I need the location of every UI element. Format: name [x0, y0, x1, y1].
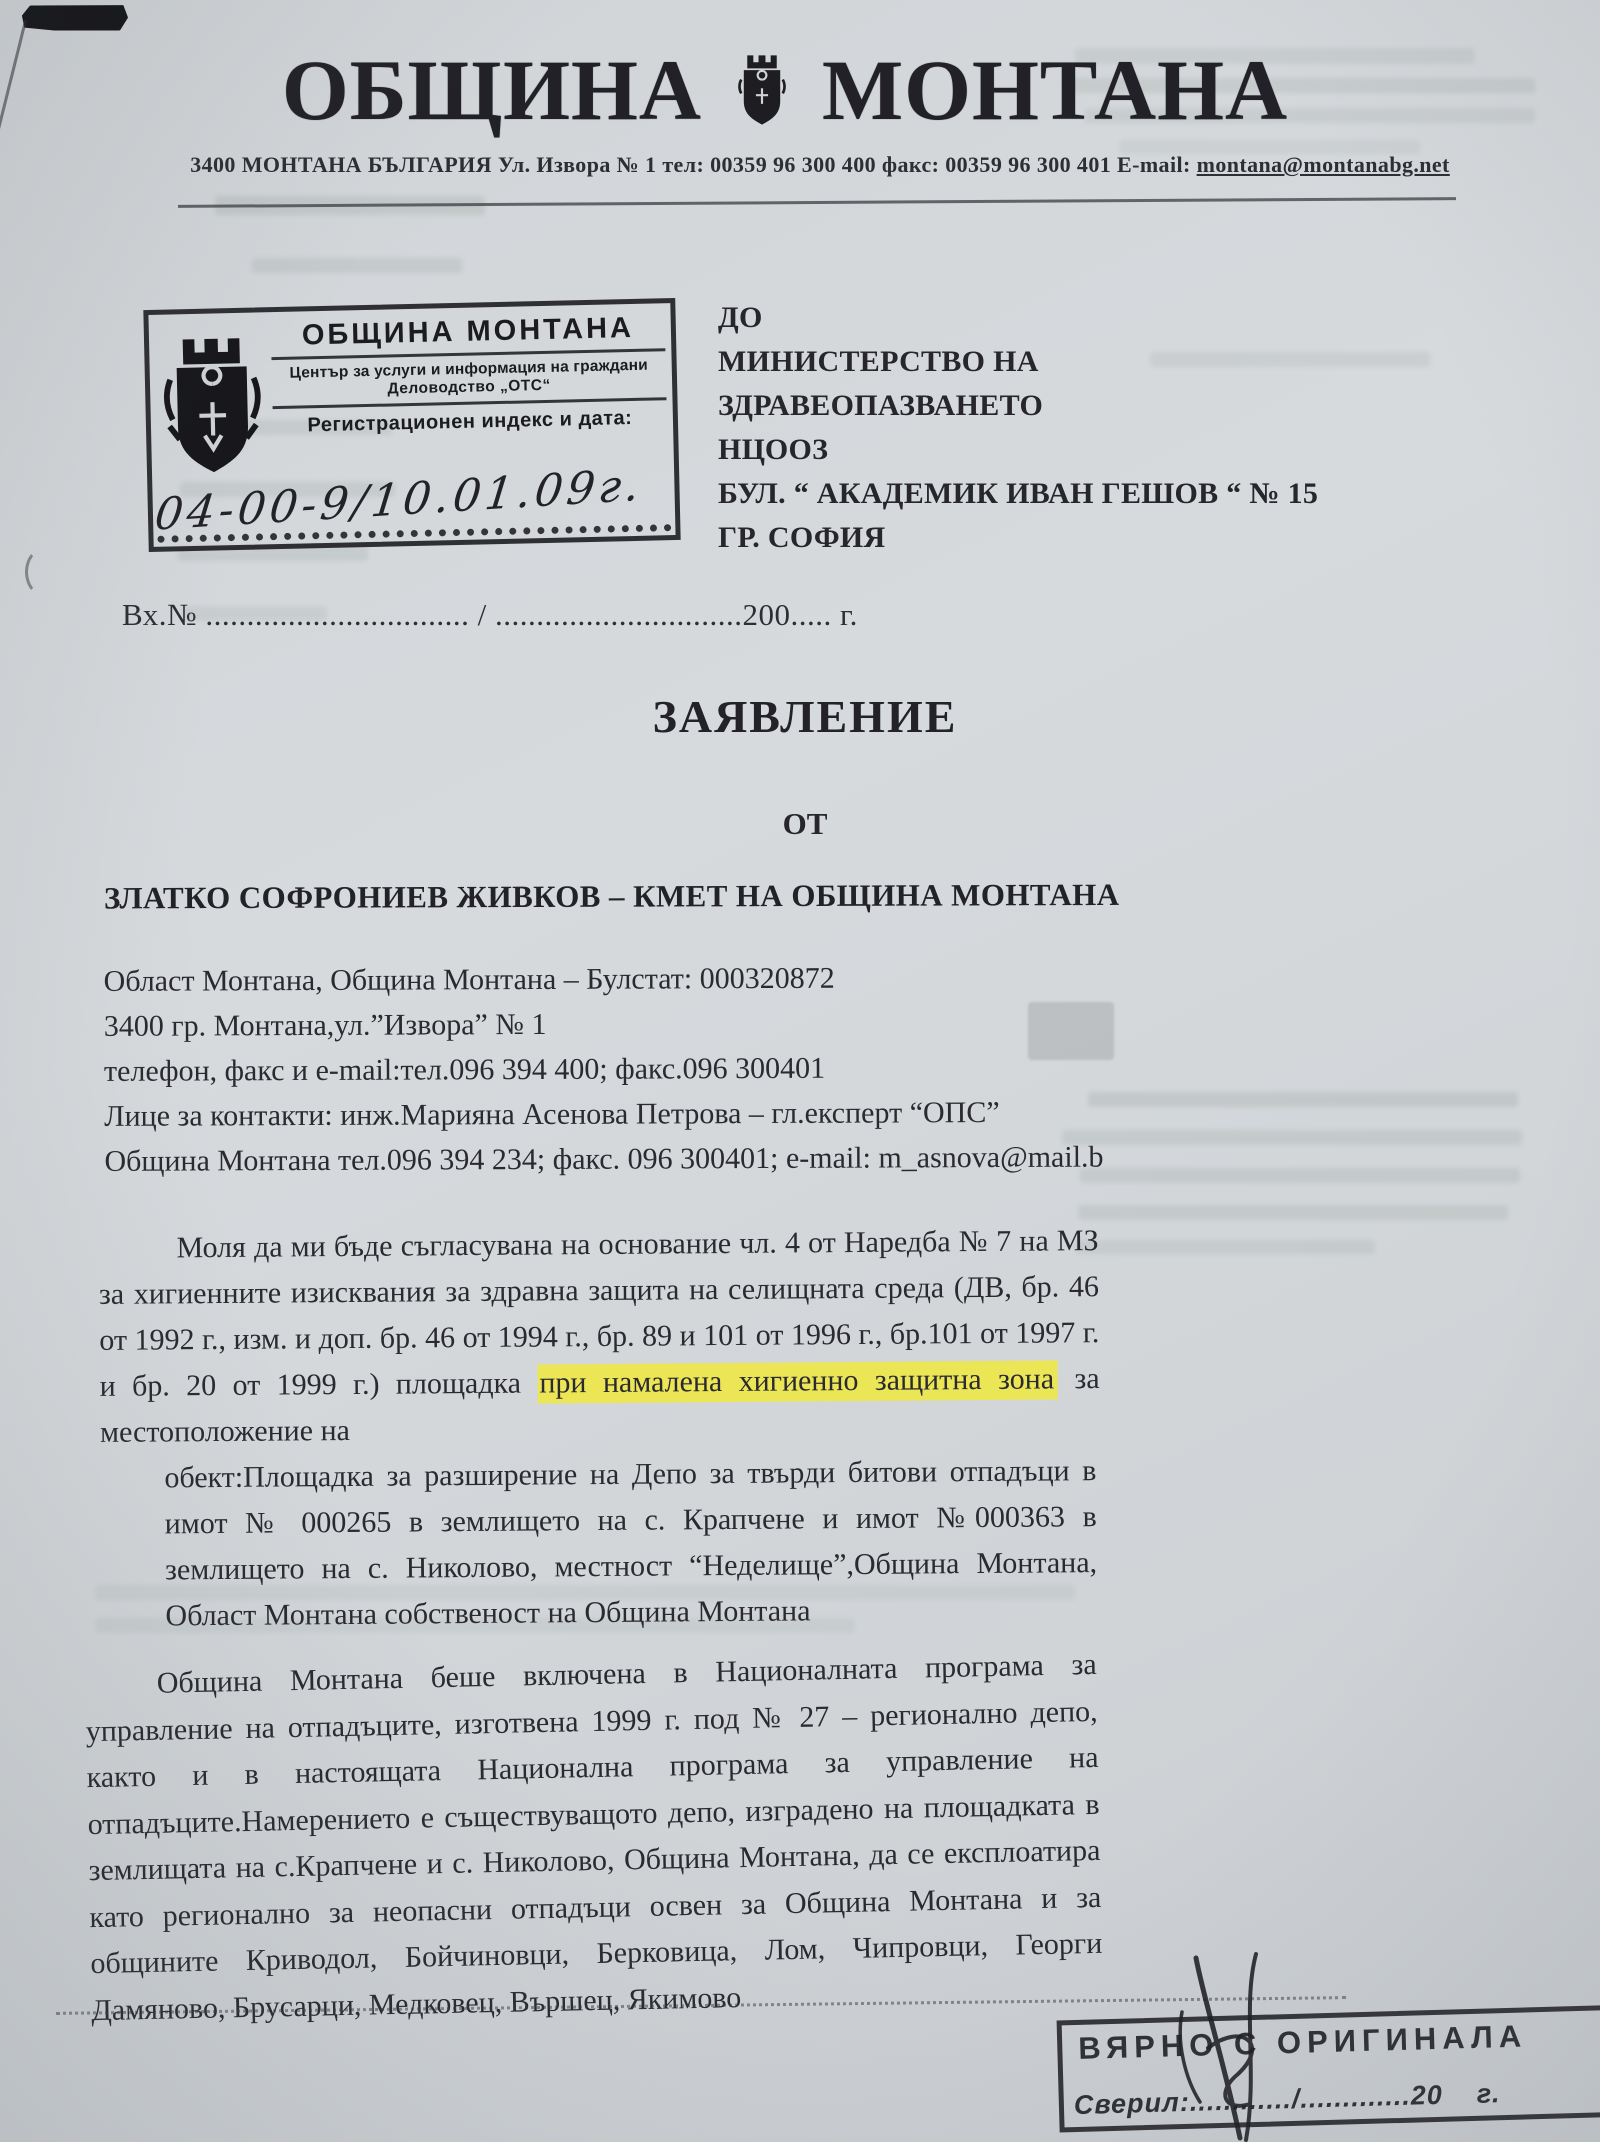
body-paragraph-2: Община Монтана беше включена в Националн…: [84, 1642, 1103, 2034]
montana-coat-of-arms-icon: [736, 53, 788, 127]
header-address-text: 3400 МОНТАНА БЪЛГАРИЯ Ул. Извора № 1 тел…: [190, 152, 1196, 177]
bleed-through-text: [1075, 1240, 1375, 1254]
header-address-line: 3400 МОНТАНА БЪЛГАРИЯ Ул. Извора № 1 тел…: [90, 152, 1550, 178]
recipient-line: НЦООЗ: [718, 428, 1438, 472]
document-title: ЗАЯВЛЕНИЕ: [0, 690, 1600, 743]
registry-stamp: ОБЩИНА МОНТАНА Център за услуги и информ…: [143, 298, 680, 552]
contact-details-block: Област Монтана, Община Монтана – Булстат…: [104, 953, 1425, 1184]
scanned-document-page: ОБЩИНА МОНТАНА 3400 МОНТАНА БЪЛГАРИЯ Ул.…: [0, 0, 1600, 2142]
stamp-coat-of-arms-icon: [159, 334, 266, 476]
header-email: montana@montanabg.net: [1197, 152, 1450, 177]
recipient-line: МИНИСТЕРСТВО НА: [718, 340, 1438, 384]
recipient-line: ДО: [718, 296, 1438, 340]
incoming-number-line: Вх.№ ................................ / …: [122, 597, 1122, 633]
recipient-line: ЗДРАВЕОПАЗВАНЕТО: [718, 384, 1438, 428]
contact-line: Лице за контакти: инж.Марияна Асенова Пе…: [104, 1088, 1424, 1139]
municipality-header: ОБЩИНА МОНТАНА: [0, 40, 1570, 140]
header-title-right: МОНТАНА: [822, 40, 1288, 140]
paragraph-text: Община Монтана беше включена в Националн…: [84, 1642, 1103, 2034]
registry-stamp-index-label: Регистрационен индекс и дата:: [273, 406, 667, 438]
contact-line: Община Монтана тел.096 394 234; факс. 09…: [104, 1133, 1424, 1184]
scan-artifact-pen-arc: [25, 548, 61, 596]
header-title-left: ОБЩИНА: [282, 40, 702, 140]
handwritten-signature: [1138, 1952, 1378, 2142]
from-label: ОТ: [0, 806, 1600, 842]
recipient-line: БУЛ. “ АКАДЕМИК ИВАН ГЕШОВ “ № 15: [718, 472, 1438, 516]
contact-line: Област Монтана, Община Монтана – Булстат…: [104, 953, 1424, 1004]
recipient-address-block: ДО МИНИСТЕРСТВО НА ЗДРАВЕОПАЗВАНЕТО НЦОО…: [718, 296, 1438, 560]
applicant-name: ЗЛАТКО СОФРОНИЕВ ЖИВКОВ – КМЕТ НА ОБЩИНА…: [104, 876, 1504, 917]
contact-line: телефон, факс и e-mail:тел.096 394 400; …: [104, 1043, 1424, 1094]
recipient-line: ГР. СОФИЯ: [718, 516, 1438, 560]
bleed-through-text: [252, 258, 462, 273]
registry-stamp-title: ОБЩИНА МОНТАНА: [271, 311, 666, 353]
body-paragraph-1: Моля да ми бъде съгласувана на основание…: [98, 1218, 1101, 1640]
contact-line: 3400 гр. Монтана,ул.”Извора” № 1: [104, 998, 1424, 1049]
highlighted-text: при намалена хигиенно защитна зона: [537, 1360, 1058, 1403]
scan-artifact-corner-blob: [22, 2, 129, 34]
bleed-through-text: [1078, 1205, 1508, 1220]
site-description-block: обект:Площадка за разширение на Депо за …: [164, 1448, 1097, 1639]
